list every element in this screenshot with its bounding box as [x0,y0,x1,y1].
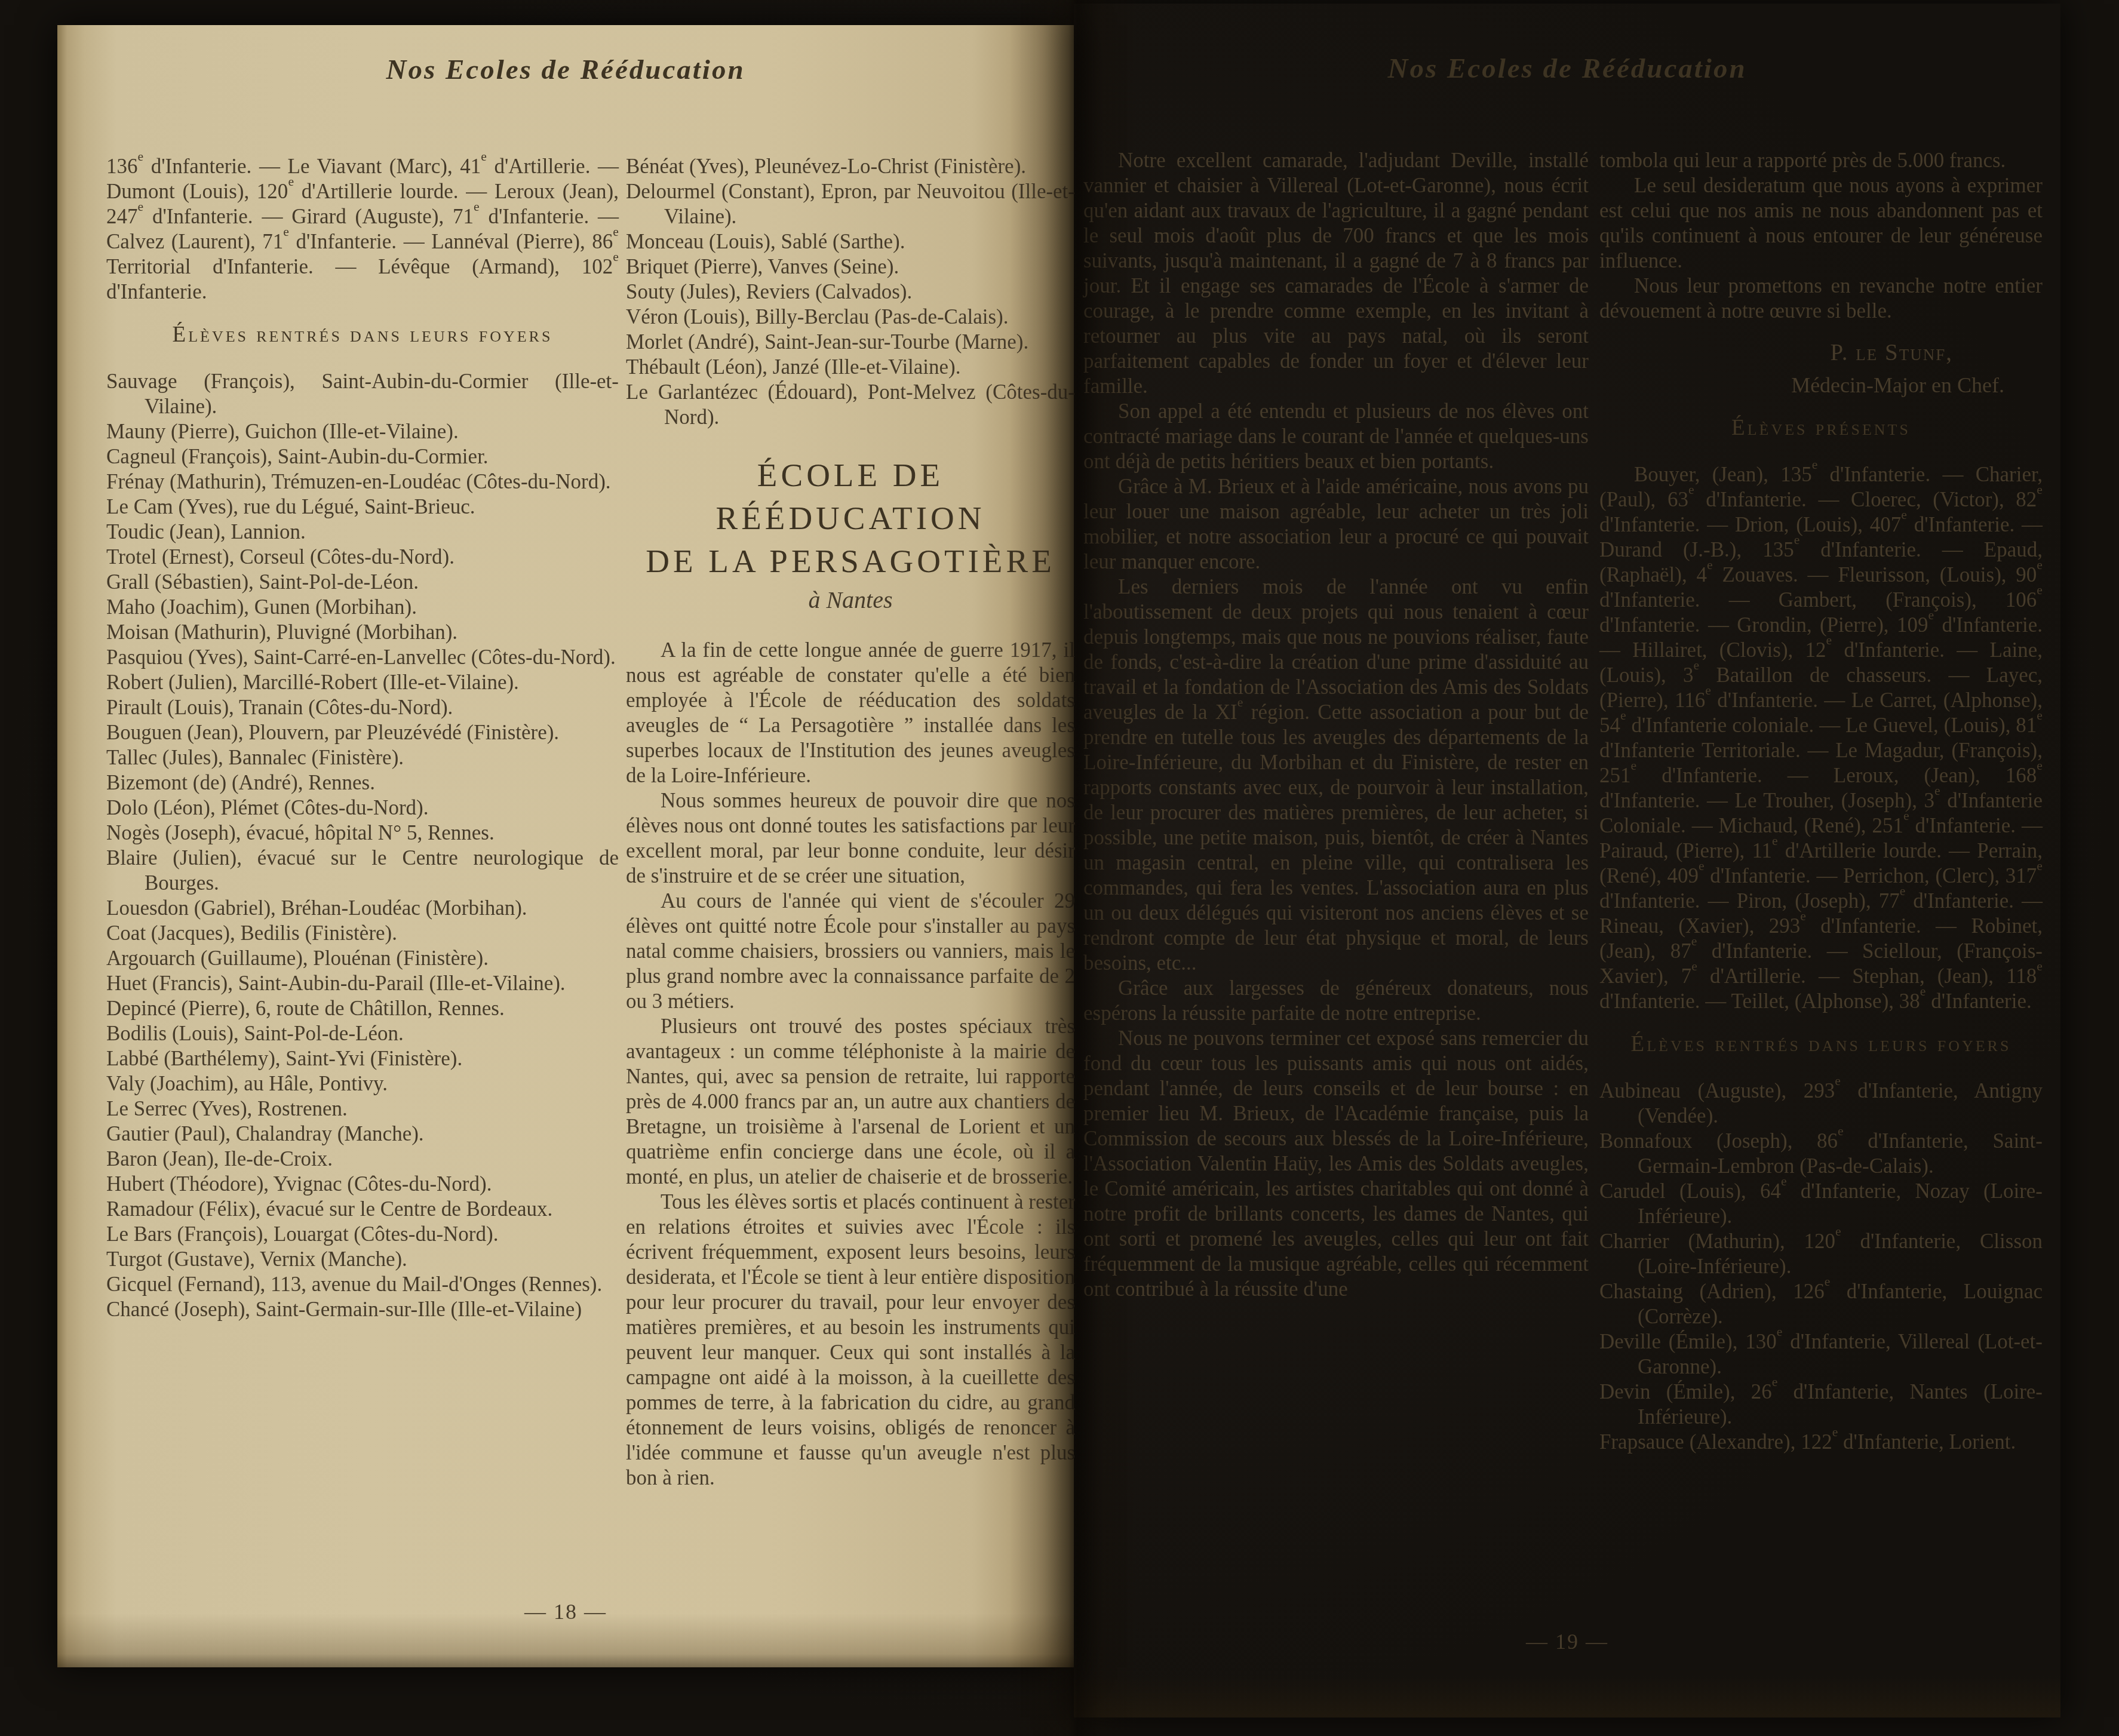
article-title: ÉCOLE DE RÉÉDUCATIONDE LA PERSAGOTIÈRE [626,454,1075,583]
running-header-right: Nos Ecoles de Rééducation [1074,53,2060,85]
student-entry: Le Cam (Yves), rue du Légué, Saint-Brieu… [106,494,619,520]
student-entry: Trotel (Ernest), Corseul (Côtes-du-Nord)… [106,545,619,570]
article-subtitle: à Nantes [626,588,1075,613]
student-entry: Deville (Émile), 130e d'Infanterie, Vill… [1599,1329,2043,1379]
student-entry: Argouarch (Guillaume), Plouénan (Finistè… [106,946,619,971]
student-entry: Pasquiou (Yves), Saint-Carré-en-Lanvelle… [106,645,619,670]
paragraph: Nous leur promettons en revanche notre e… [1599,274,2043,324]
section-heading-eleves-rentres-left: Élèves rentrés dans leurs foyers [106,322,619,348]
signature-title: Médecin-Major en Chef. [1599,373,2043,398]
paragraph: Nous ne pouvons terminer cet exposé sans… [1083,1026,1589,1302]
signature-name: P. le Stunf, [1599,340,2043,365]
student-entry: Baron (Jean), Ile-de-Croix. [106,1147,619,1172]
article-title-line2: DE LA PERSAGOTIÈRE [646,543,1055,579]
paragraph: Notre excellent camarade, l'adjudant Dev… [1083,148,1589,399]
student-entry: Le Garlantézec (Édouard), Pont-Melvez (C… [626,380,1075,430]
student-entry: Hubert (Théodore), Yvignac (Côtes-du-Nor… [106,1172,619,1197]
student-entry: Blaire (Julien), évacué sur le Centre ne… [106,846,619,896]
returned-students-list-left: Sauvage (François), Saint-Aubin-du-Cormi… [106,369,619,1322]
student-entry: Aubineau (Auguste), 293e d'Infanterie, A… [1599,1079,2043,1129]
page-right: Nos Ecoles de Rééducation Notre excellen… [1074,4,2060,1717]
closing-paragraphs: Le seul desideratum que nous ayons à exp… [1599,173,2043,324]
paragraph: Au cours de l'année qui vient de s'écoul… [626,889,1075,1014]
student-entry: Monceau (Louis), Sablé (Sarthe). [626,229,1075,254]
student-entry: Bonnafoux (Joseph), 86e d'Infanterie, Sa… [1599,1129,2043,1179]
returned-students-list-left-continued: Bénéat (Yves), Pleunévez-Lo-Christ (Fini… [626,154,1075,430]
student-entry: Tallec (Jules), Bannalec (Finistère). [106,745,619,770]
student-entry: Frénay (Mathurin), Trémuzen-en-Loudéac (… [106,469,619,494]
student-entry: Gicquel (Fernand), 113, avenue du Mail-d… [106,1272,619,1297]
student-entry: Devin (Émile), 26e d'Infanterie, Nantes … [1599,1379,2043,1430]
student-entry: Robert (Julien), Marcillé-Robert (Ille-e… [106,670,619,695]
student-entry: Ramadour (Félix), évacué sur le Centre d… [106,1197,619,1222]
page-left: Nos Ecoles de Rééducation 136e d'Infante… [57,25,1074,1667]
page-right-column-1: Notre excellent camarade, l'adjudant Dev… [1083,148,1589,1302]
paragraph: Grâce à M. Brieux et à l'aide américaine… [1083,474,1589,574]
section-heading-eleves-presents: Élèves présents [1599,416,2043,441]
article-body-right: Notre excellent camarade, l'adjudant Dev… [1083,148,1589,1302]
student-entry: Nogès (Joseph), évacué, hôpital N° 5, Re… [106,821,619,846]
article-body-left: A la fin de cette longue année de guerre… [626,638,1075,1491]
student-entry: Delourmel (Constant), Epron, par Neuvoit… [626,179,1075,229]
student-entry: Depincé (Pierre), 6, route de Châtillon,… [106,996,619,1021]
page-left-column-2: Bénéat (Yves), Pleunévez-Lo-Christ (Fini… [626,154,1075,1491]
student-entry: Toudic (Jean), Lannion. [106,520,619,545]
paragraph-regiment-list-continuation: 136e d'Infanterie. — Le Viavant (Marc), … [106,154,619,305]
student-entry: Maho (Joachim), Gunen (Morbihan). [106,595,619,620]
returned-students-list-right: Aubineau (Auguste), 293e d'Infanterie, A… [1599,1079,2043,1455]
student-entry: Chastaing (Adrien), 126e d'Infanterie, L… [1599,1279,2043,1329]
student-entry: Véron (Louis), Billy-Berclau (Pas-de-Cal… [626,305,1075,330]
page-left-column-1: 136e d'Infanterie. — Le Viavant (Marc), … [106,154,619,1322]
section-heading-eleves-rentres-right: Élèves rentrés dans leurs foyers [1599,1032,2043,1057]
student-entry: Bénéat (Yves), Pleunévez-Lo-Christ (Fini… [626,154,1075,179]
page-number-19: — 19 — [1074,1629,2060,1654]
paragraph: A la fin de cette longue année de guerre… [626,638,1075,788]
student-entry: Bodilis (Louis), Saint-Pol-de-Léon. [106,1021,619,1046]
student-entry: Carudel (Louis), 64e d'Infanterie, Nozay… [1599,1179,2043,1229]
student-entry: Sauvage (François), Saint-Aubin-du-Cormi… [106,369,619,419]
running-header-left: Nos Ecoles de Rééducation [57,54,1074,86]
student-entry: Le Bars (François), Louargat (Côtes-du-N… [106,1222,619,1247]
student-entry: Louesdon (Gabriel), Bréhan-Loudéac (Morb… [106,896,619,921]
student-entry: Cagneul (François), Saint-Aubin-du-Cormi… [106,444,619,469]
student-entry: Charrier (Mathurin), 120e d'Infanterie, … [1599,1229,2043,1279]
paragraph: Tous les élèves sortis et placés continu… [626,1190,1075,1491]
student-entry: Pirault (Louis), Tranain (Côtes-du-Nord)… [106,695,619,720]
paragraph: Le seul desideratum que nous ayons à exp… [1599,173,2043,274]
student-entry: Grall (Sébastien), Saint-Pol-de-Léon. [106,570,619,595]
student-entry: Moisan (Mathurin), Pluvigné (Morbihan). [106,620,619,645]
paragraph: Son appel a été entendu et plusieurs de … [1083,399,1589,474]
student-entry: Mauny (Pierre), Guichon (Ille-et-Vilaine… [106,419,619,444]
page-number-18: — 18 — [57,1599,1074,1624]
article-title-line1: ÉCOLE DE RÉÉDUCATION [716,457,985,536]
student-entry: Frapsauce (Alexandre), 122e d'Infanterie… [1599,1430,2043,1455]
page-right-column-2: tombola qui leur a rapporté près de 5.00… [1599,148,2043,1455]
paragraph: Plusieurs ont trouvé des postes spéciaux… [626,1014,1075,1190]
paragraph: Grâce aux largesses de généreux donateur… [1083,976,1589,1026]
book-scan: Nos Ecoles de Rééducation 136e d'Infante… [0,0,2119,1736]
paragraph-continuation: tombola qui leur a rapporté près de 5.00… [1599,148,2043,173]
student-entry: Labbé (Barthélemy), Saint-Yvi (Finistère… [106,1046,619,1071]
student-entry: Chancé (Joseph), Saint-Germain-sur-Ille … [106,1297,619,1322]
student-entry: Gautier (Paul), Chalandray (Manche). [106,1122,619,1147]
student-entry: Morlet (André), Saint-Jean-sur-Tourbe (M… [626,330,1075,355]
student-entry: Turgot (Gustave), Vernix (Manche). [106,1247,619,1272]
student-entry: Coat (Jacques), Bedilis (Finistère). [106,921,619,946]
student-entry: Dolo (Léon), Plémet (Côtes-du-Nord). [106,795,619,821]
student-entry: Bizemont (de) (André), Rennes. [106,770,619,795]
student-entry: Souty (Jules), Reviers (Calvados). [626,279,1075,305]
paragraph: Nous sommes heureux de pouvoir dire que … [626,788,1075,889]
student-entry: Le Serrec (Yves), Rostrenen. [106,1096,619,1122]
paragraph: Les derniers mois de l'année ont vu enfi… [1083,574,1589,976]
student-entry: Valy (Joachim), au Hâle, Pontivy. [106,1071,619,1096]
student-entry: Thébault (Léon), Janzé (Ille-et-Vilaine)… [626,355,1075,380]
student-entry: Briquet (Pierre), Vanves (Seine). [626,254,1075,279]
present-students-paragraph: Bouyer, (Jean), 135e d'Infanterie. — Cha… [1599,462,2043,1014]
student-entry: Huet (Francis), Saint-Aubin-du-Parail (I… [106,971,619,996]
student-entry: Bouguen (Jean), Plouvern, par Pleuzévédé… [106,720,619,745]
